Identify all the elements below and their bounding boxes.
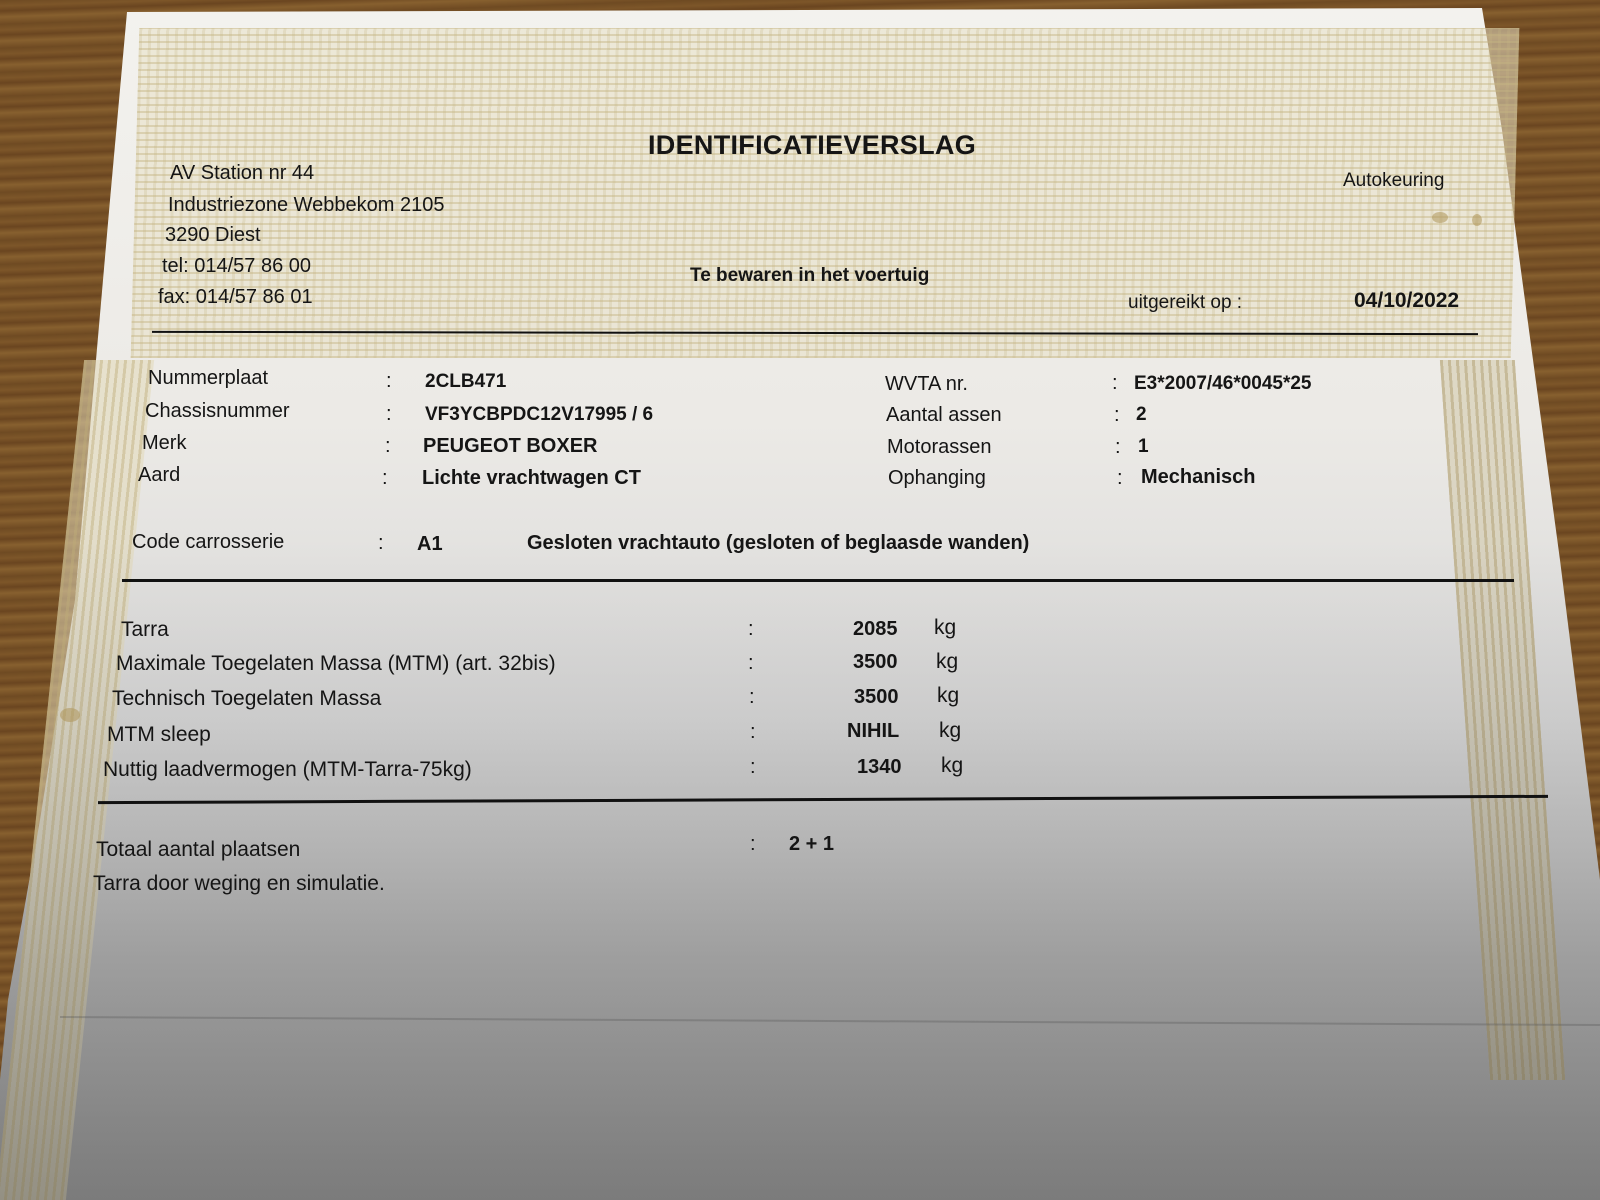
field-separator: : (1117, 467, 1123, 490)
station-line1: AV Station nr 44 (170, 162, 314, 185)
unit-label: kg (941, 754, 963, 778)
field-separator: : (1112, 372, 1118, 395)
paper-stain (60, 708, 80, 722)
paper-stain (1472, 214, 1482, 226)
paper-stain (1432, 212, 1448, 223)
body-code-label: Code carrosserie (132, 531, 284, 554)
axle-count-value: 2 (1136, 404, 1147, 426)
field-separator: : (748, 618, 754, 641)
body-code-description: Gesloten vrachtauto (gesloten of beglaas… (527, 532, 1029, 555)
field-separator: : (750, 833, 756, 856)
field-separator: : (378, 532, 384, 555)
field-label: Aantal assen (886, 404, 1002, 427)
unit-label: kg (939, 719, 961, 743)
field-label: Motorassen (887, 436, 992, 459)
field-separator: : (749, 686, 755, 709)
field-label: Merk (142, 432, 186, 455)
chassis-number-value: VF3YCBPDC12V17995 / 6 (425, 404, 653, 426)
technical-mass-value: 3500 (854, 686, 899, 709)
mass-label: Tarra (121, 618, 169, 642)
field-separator: : (382, 467, 388, 490)
towing-mass-value: NIHIL (847, 720, 899, 743)
field-separator: : (386, 370, 392, 393)
station-fax: fax: 014/57 86 01 (158, 286, 313, 309)
field-separator: : (385, 435, 391, 458)
mass-label: Maximale Toegelaten Massa (MTM) (art. 32… (116, 652, 556, 676)
organization-name: Autokeuring (1343, 170, 1444, 192)
field-label: Chassisnummer (145, 400, 289, 423)
field-separator: : (750, 721, 756, 744)
wvta-number-value: E3*2007/46*0045*25 (1134, 373, 1312, 395)
station-city: 3290 Diest (165, 224, 261, 247)
issued-label: uitgereikt op : (1128, 292, 1242, 314)
suspension-value: Mechanisch (1141, 466, 1255, 489)
body-code-value: A1 (417, 533, 443, 556)
payload-value: 1340 (857, 756, 902, 779)
seats-value: 2 + 1 (789, 833, 834, 856)
seats-label: Totaal aantal plaatsen (96, 838, 300, 862)
document-subtitle: Te bewaren in het voertuig (690, 265, 929, 287)
station-address: Industriezone Webbekom 2105 (168, 194, 444, 217)
field-separator: : (750, 756, 756, 779)
driven-axles-value: 1 (1138, 436, 1149, 458)
field-separator: : (386, 403, 392, 426)
divider-vehicle (122, 579, 1514, 582)
field-separator: : (748, 652, 754, 675)
field-separator: : (1115, 436, 1121, 459)
mass-label: MTM sleep (107, 723, 211, 747)
mass-label: Nuttig laadvermogen (MTM-Tarra-75kg) (103, 758, 472, 782)
license-plate-value: 2CLB471 (425, 371, 506, 393)
field-label: WVTA nr. (885, 373, 968, 396)
max-mass-value: 3500 (853, 651, 898, 674)
mass-label: Technisch Toegelaten Massa (112, 687, 381, 711)
document-title: IDENTIFICATIEVERSLAG (648, 130, 976, 161)
unit-label: kg (937, 684, 959, 708)
tare-value: 2085 (853, 618, 898, 641)
vehicle-type-value: Lichte vrachtwagen CT (422, 467, 641, 490)
field-separator: : (1114, 404, 1120, 427)
watermark-pattern-top (131, 28, 1520, 358)
issued-date: 04/10/2022 (1354, 289, 1459, 313)
station-tel: tel: 014/57 86 00 (162, 255, 311, 278)
brand-value: PEUGEOT BOXER (423, 435, 597, 458)
field-label: Ophanging (888, 467, 986, 490)
tare-note: Tarra door weging en simulatie. (93, 872, 385, 896)
field-label: Aard (138, 464, 180, 487)
field-label: Nummerplaat (148, 367, 268, 390)
unit-label: kg (934, 616, 956, 640)
unit-label: kg (936, 650, 958, 674)
